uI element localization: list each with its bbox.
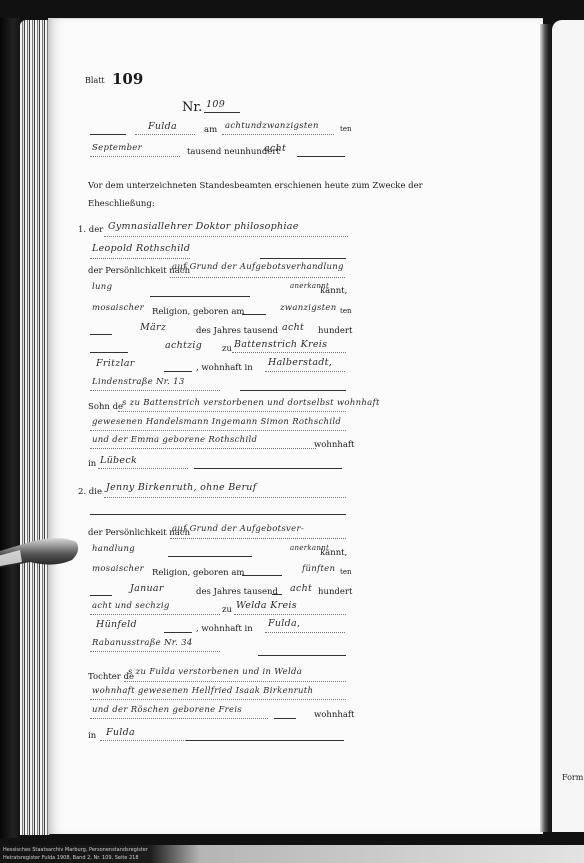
person1-name: Leopold Rothschild (92, 243, 190, 254)
person1-birth-year: achtzig (165, 340, 202, 351)
person2-parents-1: s zu Fulda verstorbenen und in Welda (128, 667, 302, 677)
facing-page (552, 20, 584, 832)
person2-identity-2: handlung (92, 544, 135, 554)
year-field: acht (264, 143, 286, 154)
book-gutter (540, 24, 552, 832)
person1-jahres-label: des Jahres tausend (196, 326, 278, 336)
person2-street: Rabanusstraße Nr. 34 (92, 638, 193, 648)
person1-identity: auf Grund der Aufgebotsverhandlung (172, 262, 344, 272)
person1-hundert-label: hundert (318, 326, 352, 336)
person2-birthplace: Welda Kreis (236, 600, 297, 611)
person1-identity-2: lung (92, 282, 112, 292)
person1-religion-label: Religion, geboren am (152, 307, 244, 317)
person1-street: Lindenstraße Nr. 13 (92, 377, 185, 387)
day-field: achtundzwanzigsten (225, 121, 319, 131)
person1-zu-label: zu (222, 344, 232, 354)
person2-parents-wohnhaft: wohnhaft (314, 710, 354, 720)
person2-zu-label: zu (222, 605, 232, 615)
person2-hundert-label: hundert (318, 587, 352, 597)
person1-parents-wohnhaft: wohnhaft (314, 440, 354, 450)
person2-birth-day-suffix: ten (340, 568, 351, 576)
am-label: am (204, 125, 217, 135)
person1-parents-residence: Lübeck (100, 455, 137, 466)
thumb-icon (0, 532, 82, 572)
person1-occupation: Gymnasiallehrer Doktor philosophiae (108, 221, 299, 232)
intro-text-2: Eheschließung: (88, 199, 155, 209)
person2-religion: mosaischer (92, 564, 144, 574)
footer-line-2: Heiratsregister Fulda 1908, Band 2, Nr. … (3, 855, 139, 861)
person2-religion-label: Religion, geboren am (152, 568, 244, 578)
person1-number: 1. der (78, 225, 103, 235)
footer-line-1: Hessisches Staatsarchiv Marburg, Persone… (3, 847, 148, 853)
person2-identity: auf Grund der Aufgebotsver- (172, 524, 304, 534)
person1-wohnhaft-label: , wohnhaft in (196, 363, 253, 373)
place-field: Fulda (148, 121, 177, 132)
person2-number: 2. die (78, 487, 102, 497)
page-stack-edges (20, 20, 50, 835)
person2-wohnhaft-label: , wohnhaft in (196, 624, 253, 634)
person2-residence: Fulda, (268, 618, 300, 629)
person1-parents-3: und der Emma geborene Rothschild (92, 435, 257, 445)
month-field: September (92, 143, 142, 153)
person1-religion: mosaischer (92, 303, 144, 313)
facing-page-text: Form. 1 (562, 773, 584, 782)
blatt-label: Blatt (85, 76, 105, 85)
person2-parents-residence: Fulda (106, 727, 135, 738)
person1-parents-1: s zu Battenstrich verstorbenen und dorts… (122, 398, 380, 408)
person1-birth-day: zwanzigsten (280, 303, 337, 313)
person2-jahres-label: des Jahres tausend (196, 587, 278, 597)
intro-text: Vor dem unterzeichneten Standesbeamten e… (88, 181, 423, 191)
person2-birth-month: Januar (130, 583, 164, 594)
book-left-edge (0, 18, 22, 838)
person1-birth-day-suffix: ten (340, 307, 351, 315)
blatt-number: 109 (112, 70, 143, 88)
person2-birth-day: fünften (302, 564, 335, 574)
person2-birthplace-2: Hünfeld (96, 619, 137, 630)
person1-birth-month: März (140, 322, 166, 333)
archive-footer: Hessisches Staatsarchiv Marburg, Persone… (0, 845, 584, 863)
person2-name: Jenny Birkenruth, ohne Beruf (106, 482, 257, 493)
person2-century: acht (290, 583, 312, 594)
person2-parents-3: und der Röschen geborene Freis (92, 705, 242, 715)
person2-parents-2: wohnhaft gewesenen Hellfried Isaak Birke… (92, 686, 313, 696)
person1-century: acht (282, 322, 304, 333)
person2-in-label: in (88, 731, 96, 741)
person1-known-label: kannt, (320, 286, 347, 296)
person1-parents-2: gewesenen Handelsmann Ingemann Simon Rot… (92, 417, 341, 427)
entry-number: 109 (206, 99, 225, 110)
person1-residence: Halberstadt, (268, 357, 332, 368)
nr-label: Nr. (182, 100, 202, 115)
person1-in-label: in (88, 459, 96, 469)
person2-birth-year: acht und sechzig (92, 601, 170, 611)
person1-birthplace-2: Fritzlar (96, 358, 135, 369)
person1-birthplace: Battenstrich Kreis (234, 339, 327, 350)
person2-known-label: kannt, (320, 548, 347, 558)
den-label: ten (340, 125, 351, 133)
